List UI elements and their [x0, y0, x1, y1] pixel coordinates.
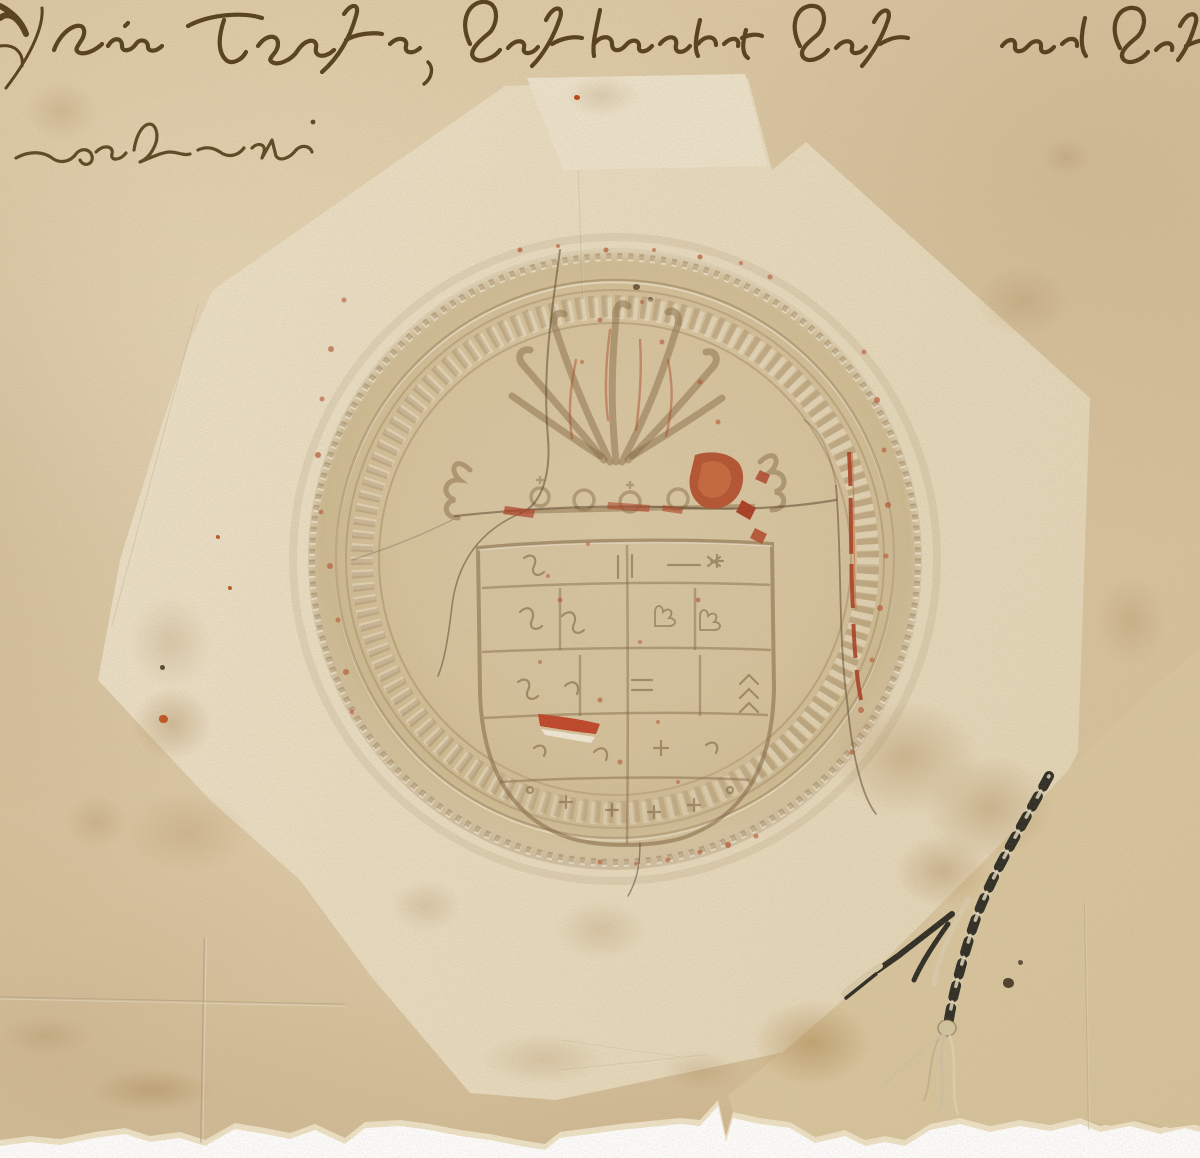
manuscript-scan	[0, 0, 1200, 1158]
paper-grain-texture	[0, 0, 1200, 1158]
detail-overlay	[0, 0, 1200, 1158]
